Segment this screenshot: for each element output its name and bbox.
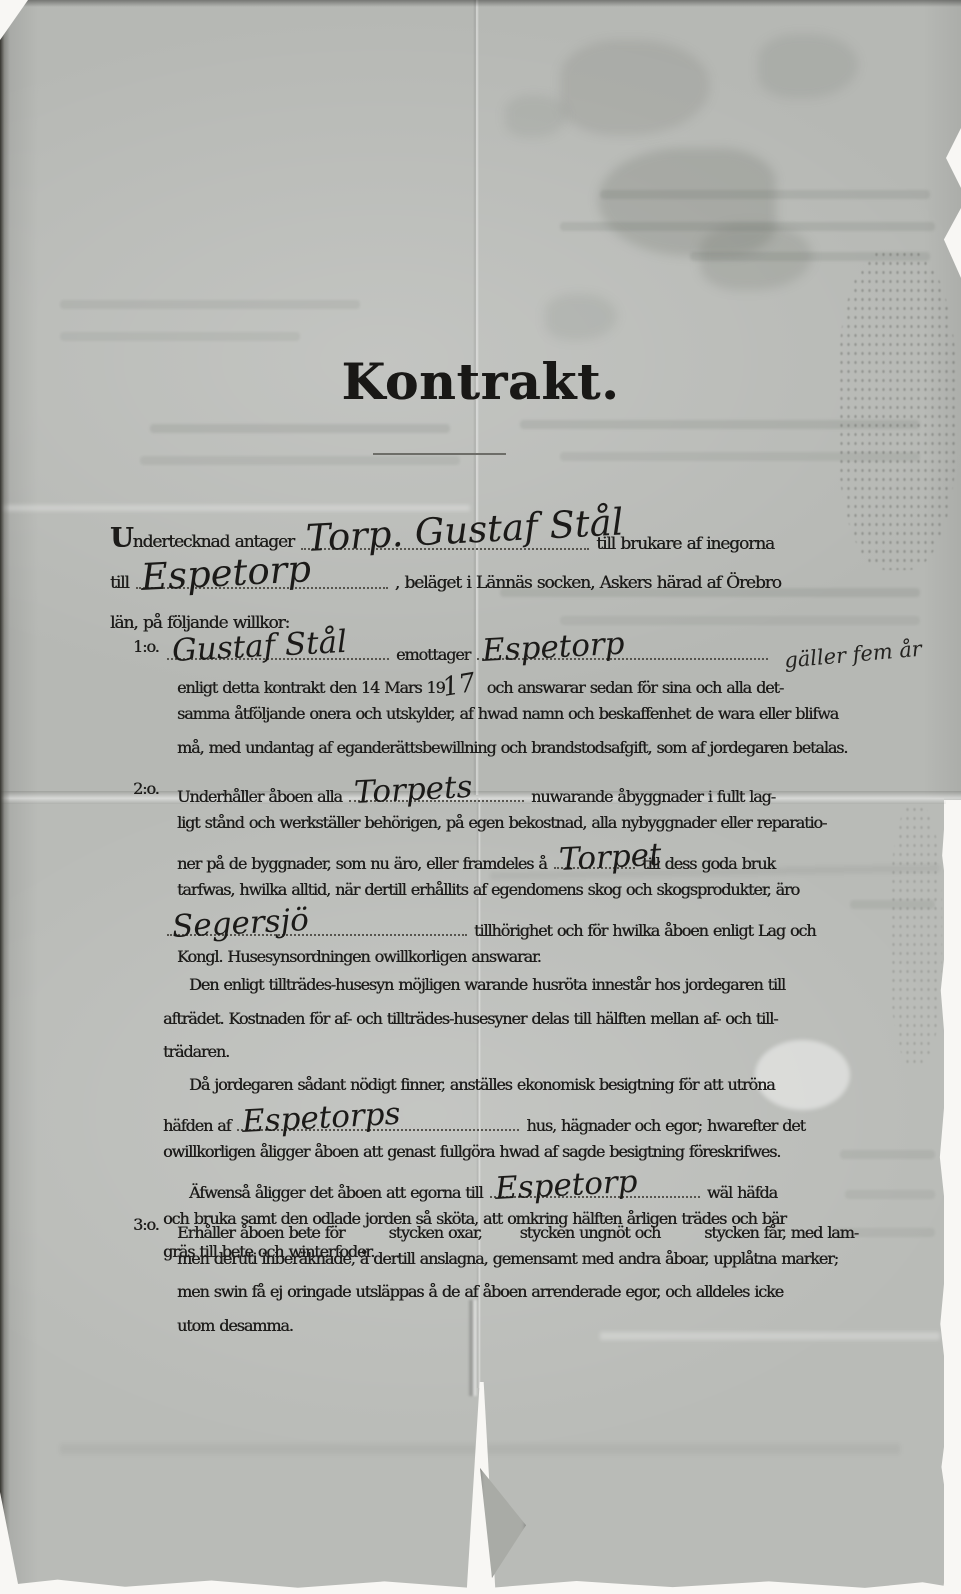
s3-line-4: utom desamma. <box>177 1309 781 1343</box>
bleed-through-mark <box>60 332 300 341</box>
s3-line1-c: stycken ungnöt och <box>520 1223 661 1242</box>
p2-line-1: Då jordegaren sådant nödigt finner, anst… <box>163 1068 777 1102</box>
intro-paragraph: Undertecknad antager Torp. Gustaf Stål t… <box>110 514 774 633</box>
fill-line-torpet: Torpet <box>554 843 636 869</box>
intro-line-2: till Espetorp , beläget i Lännäs socken,… <box>110 554 774 594</box>
page-top-edge <box>0 0 961 7</box>
s1-line2-post: och answarar sedan för sina och alla det… <box>487 678 783 697</box>
p2-line2-pre: häfden af <box>163 1116 230 1135</box>
s1-line2-pre: enligt detta kontrakt den 14 Mars 19 <box>177 678 445 697</box>
section-number: 3:o. <box>133 1208 177 1242</box>
s2-line-2: ligt stånd och werkställer behörigen, på… <box>177 806 775 840</box>
p2-line-2: häfden af Espetorps hus, hägnader och eg… <box>163 1102 777 1136</box>
s2-line-5: Segersjö tillhörighet och för hwilka åbo… <box>177 906 775 940</box>
speckle-band <box>890 805 942 1065</box>
p1-line-1: Den enligt tillträdes-husesyn möjligen w… <box>163 968 777 1002</box>
intro-line2-pre: till <box>110 573 129 593</box>
paragraph-husrota: Den enligt tillträdes-husesyn möjligen w… <box>163 968 777 1069</box>
s3-line-2: men deruti inberäknade, å dertill anslag… <box>177 1242 781 1276</box>
bleed-through-mark <box>850 900 935 909</box>
s2-line-4: tarfwas, hwilka alltid, när dertill erhå… <box>177 873 775 907</box>
s1-line-2: enligt detta kontrakt den 14 Mars 19 17 … <box>177 664 775 698</box>
p3-line-1: Äfwenså åligger det åboen att egorna til… <box>163 1168 777 1202</box>
document-title: Kontrakt. <box>0 352 961 411</box>
bleed-through-mark <box>560 222 935 231</box>
s2-line-3: ner på de byggnader, som nu äro, eller f… <box>177 839 775 873</box>
section-1: 1:o. Gustaf Stål emottager Espetorp enli… <box>133 630 775 764</box>
handwritten-estate: Segersjö <box>171 904 309 942</box>
bleed-through-mark <box>690 252 930 261</box>
s1-line-4: må, med undantag af eganderättsbewillnin… <box>177 731 775 765</box>
s2-line1-pre: Underhåller åboen alla <box>177 787 342 806</box>
s2-line3-pre: ner på de byggnader, som nu äro, eller f… <box>177 854 547 873</box>
handwritten-name: Gustaf Stål <box>171 626 347 666</box>
s3-line-1: Erhåller åboen bete för stycken oxar, st… <box>177 1208 781 1242</box>
fill-line-croft: Espetorp <box>136 563 388 589</box>
paragraph-besigtning: Då jordegaren sådant nödigt finner, anst… <box>163 1068 777 1169</box>
section-1-body: Gustaf Stål emottager Espetorp enligt de… <box>177 630 775 764</box>
page-left-edge <box>0 0 10 1594</box>
p2-line-3: owillkorligen åligger åboen att genast f… <box>163 1135 777 1169</box>
bleed-through-mark <box>845 1190 935 1199</box>
s3-line1-b: stycken oxar, <box>388 1223 481 1242</box>
word-emottager: emottager <box>396 645 470 664</box>
handwritten-torpet: Torpet <box>558 839 662 875</box>
s1-line-1: Gustaf Stål emottager Espetorp <box>177 630 775 664</box>
p2-line2-post: hus, hägnader och egor; hwarefter det <box>526 1116 804 1135</box>
fill-line-estate: Segersjö <box>167 910 467 936</box>
p3-line1-pre: Äfwenså åligger det åboen att egorna til… <box>189 1183 483 1202</box>
section-number: 2:o. <box>133 772 177 806</box>
title-divider-rule <box>373 453 506 455</box>
section-2-body: Underhåller åboen alla Torpets nuwarande… <box>177 772 775 973</box>
section-3-body: Erhåller åboen bete för stycken oxar, st… <box>177 1208 781 1342</box>
s3-line-3: men swin få ej oringade utsläppas å de a… <box>177 1275 781 1309</box>
p3-line1-post: wäl häfda <box>707 1183 777 1202</box>
section-3: 3:o. Erhåller åboen bete för stycken oxa… <box>133 1208 781 1342</box>
fill-line-espetorps: Espetorps <box>237 1105 519 1131</box>
bleed-through-mark <box>840 1150 935 1159</box>
intro-line-3: län, på följande willkor: <box>110 593 774 633</box>
bleed-through-mark <box>150 424 450 433</box>
s3-line1-a: Erhåller åboen bete för <box>177 1223 344 1242</box>
fill-line-torpets: Torpets <box>349 776 524 802</box>
bleed-through-mark <box>600 190 930 199</box>
crease-mark <box>0 505 470 511</box>
bleed-through-mark <box>520 420 920 429</box>
s2-line-1: Underhåller åboen alla Torpets nuwarande… <box>177 772 775 806</box>
s2-line5-post: tillhörighet och för hwilka åboen enligt… <box>474 921 815 940</box>
handwritten-year: 17 <box>440 670 477 701</box>
s2-line1-post: nuwarande åbyggnader i fullt lag- <box>531 787 775 806</box>
bleed-through-mark <box>140 456 460 465</box>
handwritten-place: Espetorp <box>482 628 626 666</box>
intro-line-1: Undertecknad antager Torp. Gustaf Stål t… <box>110 514 774 554</box>
s1-line-3: samma åtföljande onera och utskylder, af… <box>177 697 775 731</box>
bleed-through-mark <box>560 452 920 461</box>
p1-line-3: trädaren. <box>163 1035 777 1069</box>
handwritten-espetorp: Espetorp <box>494 1166 638 1204</box>
bleed-through-mark <box>60 300 360 309</box>
fill-line-tenant: Torp. Gustaf Stål <box>301 524 589 550</box>
handwritten-croft-name: Espetorp <box>140 550 312 596</box>
s3-line1-d: stycken får, med lam- <box>704 1223 858 1242</box>
fill-line-name: Gustaf Stål <box>167 634 389 660</box>
fill-line-espetorp: Espetorp <box>490 1172 700 1198</box>
intro-line2-post: , beläget i Lännäs socken, Askers härad … <box>395 573 781 593</box>
section-2: 2:o. Underhåller åboen alla Torpets nuwa… <box>133 772 775 973</box>
handwritten-torpets: Torpets <box>353 771 473 808</box>
fill-line-place: Espetorp <box>477 634 768 660</box>
handwritten-espetorps: Espetorps <box>242 1099 402 1138</box>
contract-scan: Kontrakt. Undertecknad antager Torp. Gus… <box>0 0 961 1594</box>
p1-line-2: afträdet. Kostnaden för af- och tillträd… <box>163 1002 777 1036</box>
